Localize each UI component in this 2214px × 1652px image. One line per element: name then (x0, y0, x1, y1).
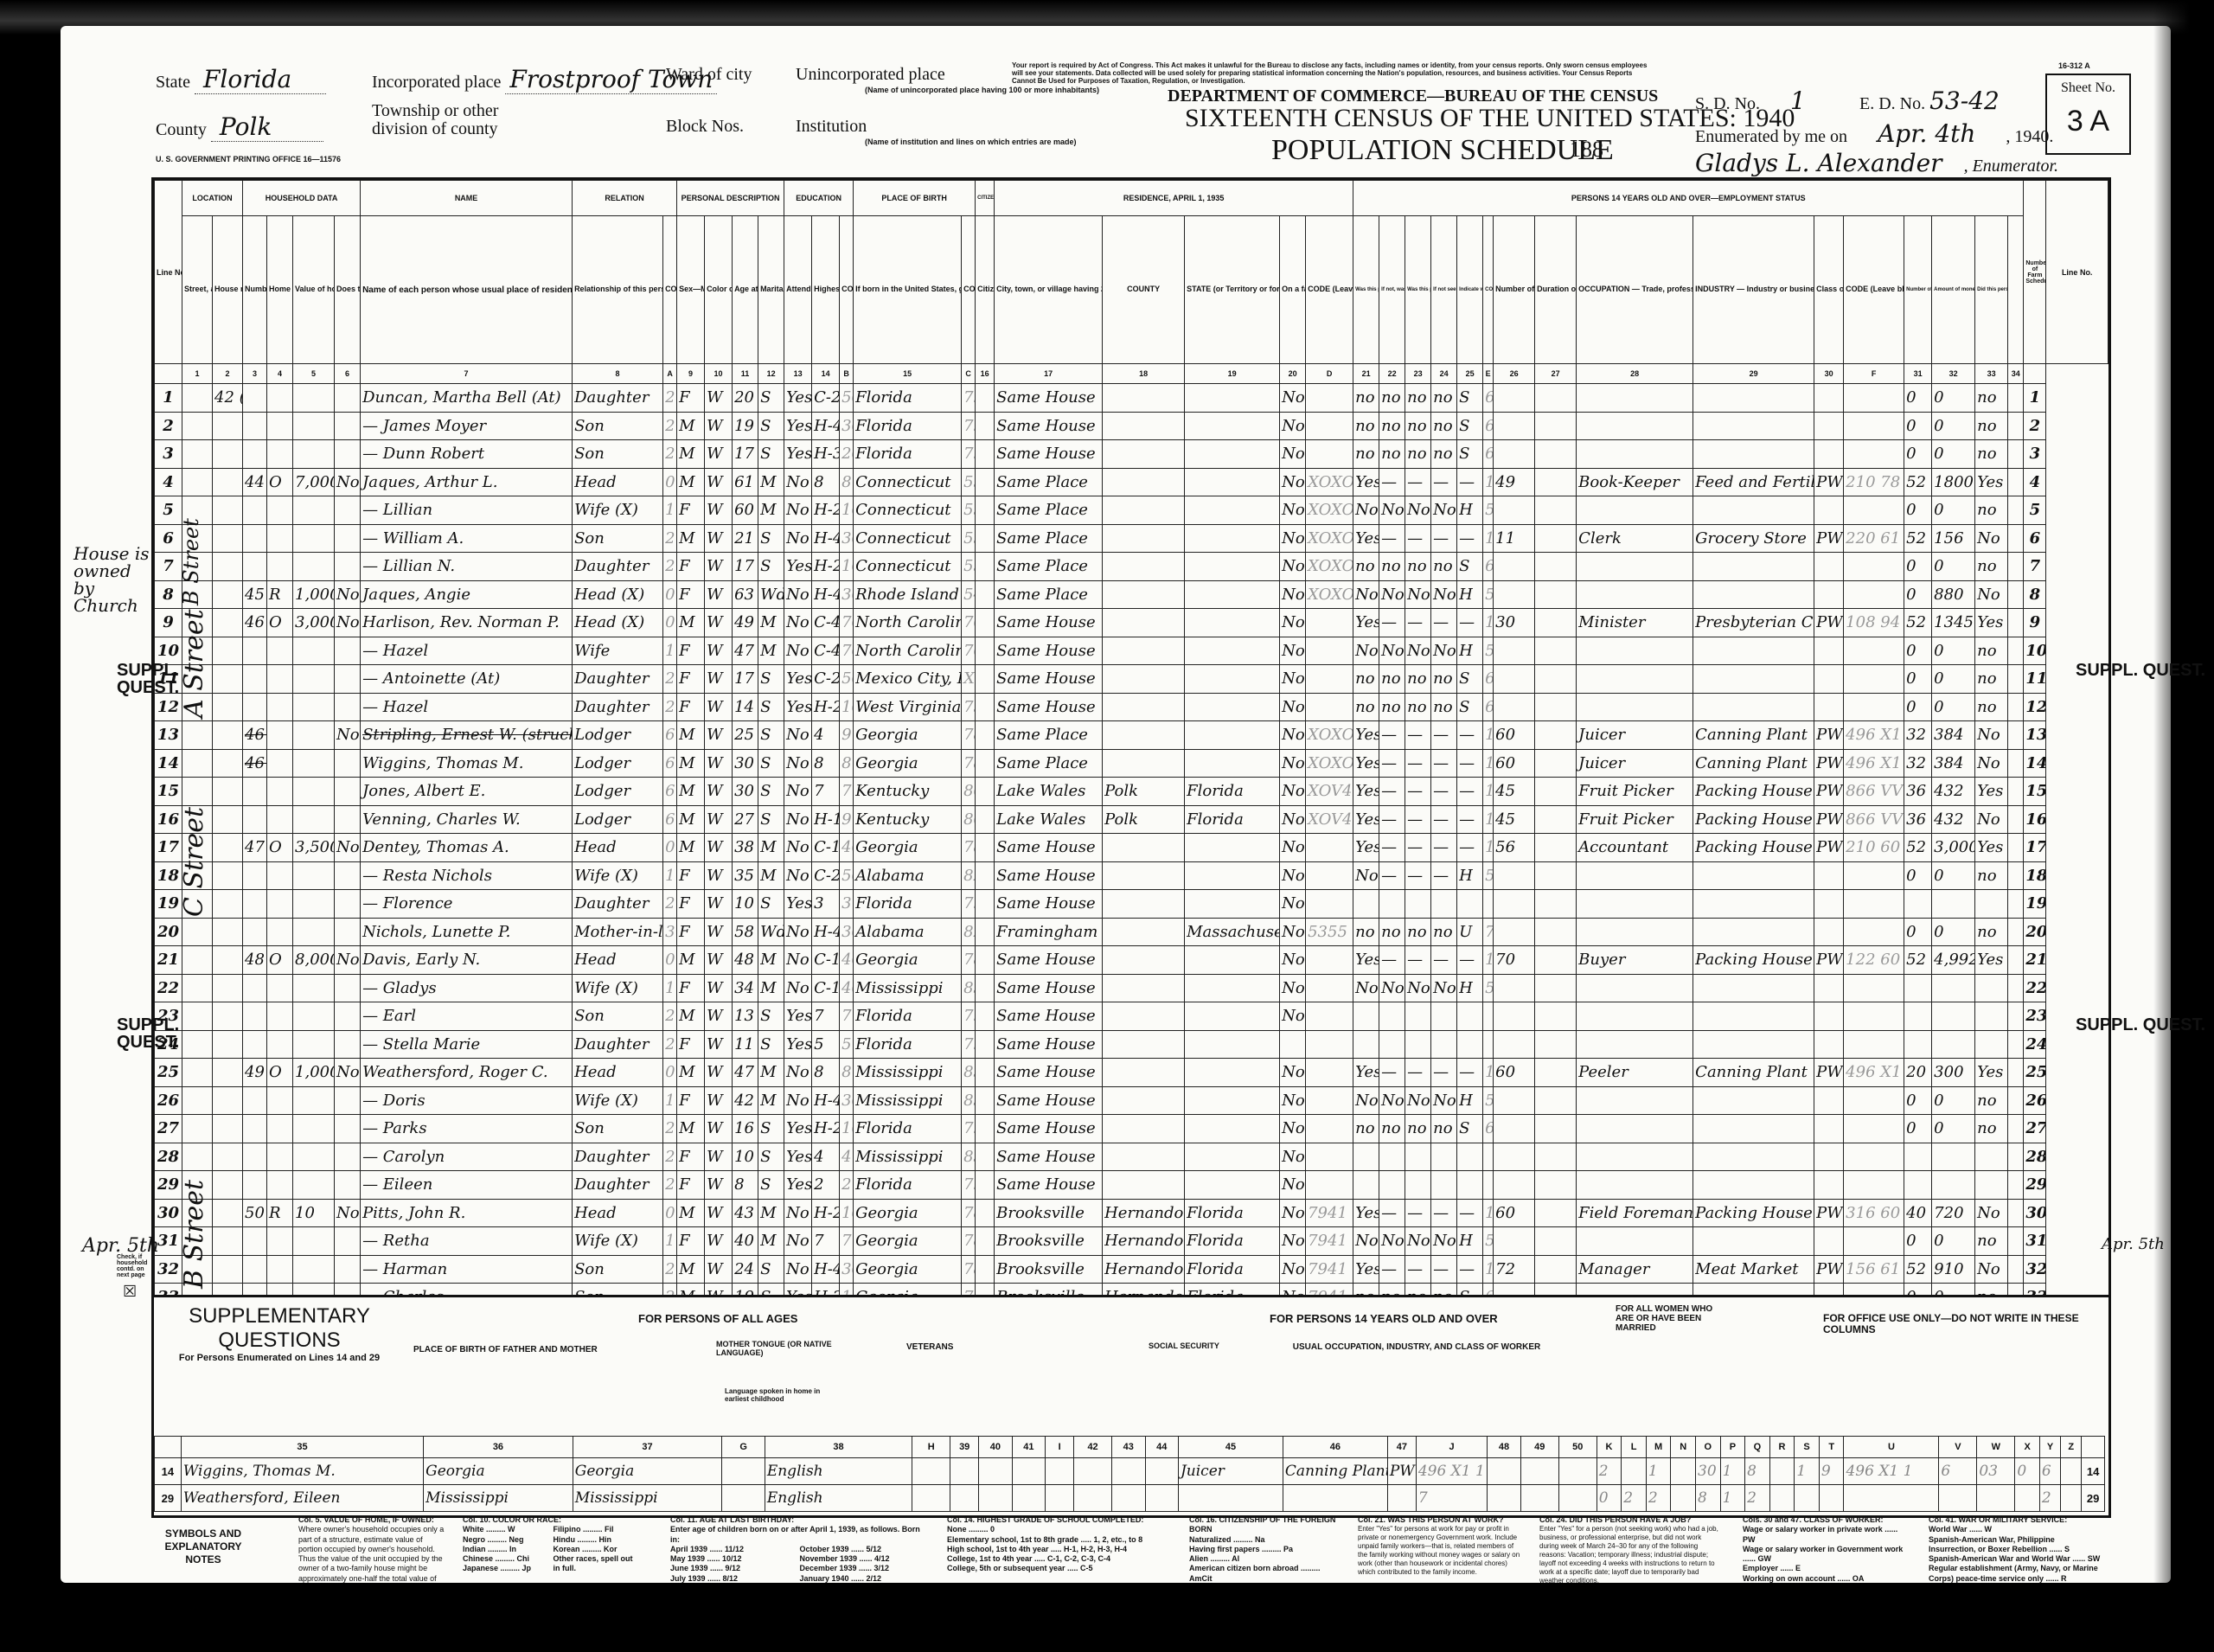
cell-hh (243, 974, 267, 1002)
cell-mar: S (758, 1030, 784, 1059)
cell-wages: 0 (1932, 1086, 1975, 1115)
cell-codeA: 6 (663, 721, 677, 750)
cell-c22: no (1379, 1115, 1405, 1143)
institution-note: (Name of institution and lines on which … (865, 138, 1077, 147)
cell-c27 (1535, 468, 1577, 496)
cell-res-state (1185, 496, 1280, 525)
cell-race: W (705, 609, 733, 637)
cell-street (182, 440, 213, 469)
cell-sex: F (677, 1227, 705, 1256)
cell-cit (976, 1030, 995, 1059)
col30-note: Cols. 30 and 47. CLASS OF WORKER: Wage o… (1743, 1515, 1907, 1593)
cell-cls: PW (1814, 805, 1844, 834)
cell-res-city: Same House (995, 412, 1103, 440)
cell-c21 (1353, 1171, 1379, 1200)
supplementary-column-number: 45 (1178, 1437, 1283, 1458)
cell-cit (976, 665, 995, 694)
cell-mar: S (758, 1143, 784, 1171)
cell-codeE: 1 (1483, 1059, 1494, 1087)
note-item: June 1939 ...... 9/12 (670, 1564, 792, 1573)
cell-cls (1814, 693, 1844, 721)
cell-res-city: Same House (995, 1171, 1103, 1200)
cell-other: Yes (1975, 778, 2008, 806)
cell-res-city: Lake Wales (995, 778, 1103, 806)
cell-line: 27 (2024, 1115, 2046, 1143)
supp-cell-name: Weathersford, Eileen (181, 1485, 423, 1512)
cell-res-city: Same House (995, 693, 1103, 721)
cell-other: Yes (1975, 1059, 2008, 1087)
cell-street (182, 974, 213, 1002)
column-number: 22 (1379, 364, 1405, 384)
cell-codeC: 83 (962, 974, 976, 1002)
cell-res-city: Same House (995, 1030, 1103, 1059)
cell-grade: 4 (812, 721, 840, 750)
cell-school: No (784, 805, 812, 834)
cell-race: W (705, 524, 733, 553)
cell-res-county (1103, 468, 1185, 496)
suppl-quest-29-right: SUPPL. QUEST. (2076, 1016, 2205, 1034)
cell-codeE: 1 (1483, 721, 1494, 750)
cell-codeF: 220 61 1 (1844, 524, 1904, 553)
cell-res-state (1185, 1086, 1280, 1115)
cell-c27 (1535, 974, 1577, 1002)
cell-grade: H-4 (812, 412, 840, 440)
cell-wages: 432 (1932, 778, 1975, 806)
col10-title: Col. 10. COLOR OR RACE: (463, 1515, 636, 1525)
cell-rel: Wife (X) (573, 1227, 663, 1256)
cell-c26: 11 (1494, 524, 1535, 553)
cell-codeC: 78 (962, 1199, 976, 1227)
cell-school: Yes (784, 1171, 812, 1200)
cell-other: Yes (1975, 609, 2008, 637)
cell-birth: Florida (854, 384, 962, 413)
cell-school: Yes (784, 1115, 812, 1143)
cell-house (213, 946, 243, 975)
supplementary-column-number: H (912, 1437, 950, 1458)
col-14-desc: Highest grade of school completed (812, 216, 840, 364)
cell-other: No (1975, 721, 2008, 750)
cell-codeE: 1 (1483, 524, 1494, 553)
col41-note: Col. 41. WAR OR MILITARY SERVICE: World … (1929, 1515, 2102, 1593)
note-item: Elementary school, 1st to 8th grade ....… (947, 1535, 1172, 1545)
cell-c23: — (1405, 1199, 1431, 1227)
note-item: College, 1st to 4th year ..... C-1, C-2,… (947, 1554, 1172, 1564)
cell-res-state (1185, 1059, 1280, 1087)
cell-value (293, 1255, 335, 1284)
cell-line: 14 (2024, 749, 2046, 778)
cell-value (293, 384, 335, 413)
census-row: 29— EileenDaughter2FW8SYes22Florida79Sam… (155, 1171, 2108, 1200)
cell-res-county: Polk (1103, 778, 1185, 806)
cell-line: 8 (155, 580, 182, 609)
cell-c27 (1535, 861, 1577, 890)
cell-line: 29 (2024, 1171, 2046, 1200)
cell-c21 (1353, 1002, 1379, 1031)
cell-codeB: 70 (840, 609, 854, 637)
supplementary-column-number: 41 (1012, 1437, 1045, 1458)
cell-sex: M (677, 1255, 705, 1284)
cell-c21: Yes (1353, 778, 1379, 806)
cell-weeks: 36 (1904, 778, 1932, 806)
cell-res-city: Same House (995, 1143, 1103, 1171)
cell-sex: F (677, 918, 705, 946)
supp-cell-c41 (1012, 1485, 1045, 1512)
census-row: 1446 OWiggins, Thomas M.Lodger6MW30SNo88… (155, 749, 2108, 778)
column-number: 18 (1103, 364, 1185, 384)
cell-hh (243, 1002, 267, 1031)
cell-codeD: 7941 (1306, 1255, 1353, 1284)
cell-res-county: Polk (1103, 805, 1185, 834)
cell-c26: 60 (1494, 1199, 1535, 1227)
supplementary-column-number: J (1416, 1437, 1487, 1458)
cell-codeF: 496 X1 1 (1844, 721, 1904, 750)
cell-c23 (1405, 1002, 1431, 1031)
cell-birth: Alabama (854, 918, 962, 946)
cell-c23: no (1405, 384, 1431, 413)
cell-codeF: 108 94 1 (1844, 609, 1904, 637)
cell-res-state (1185, 580, 1280, 609)
cell-res-farm: No (1280, 468, 1306, 496)
cell-hh (243, 693, 267, 721)
cell-codeA: 0 (663, 468, 677, 496)
cell-codeA: 1 (663, 1227, 677, 1256)
supplementary-column-number: W (1977, 1437, 2015, 1458)
location-group: LOCATION (182, 181, 243, 216)
supplementary-column-number: I (1046, 1437, 1074, 1458)
cell-grade: C-4 (812, 637, 840, 665)
cell-grade: C-4 (812, 609, 840, 637)
cell-race: W (705, 580, 733, 609)
cell-hh (243, 665, 267, 694)
cell-res-state (1185, 861, 1280, 890)
cell-c21: Yes (1353, 609, 1379, 637)
cell-birth: Georgia (854, 834, 962, 862)
cell-codeA: 1 (663, 974, 677, 1002)
cell-c23 (1405, 890, 1431, 919)
cell-line: 16 (2024, 805, 2046, 834)
cell-codeE: 6 (1483, 553, 1494, 581)
col-10-desc: Color or race (705, 216, 733, 364)
cell-birth: Connecticut (854, 468, 962, 496)
cell-other: no (1975, 496, 2008, 525)
cell-codeC: 79 (962, 1115, 976, 1143)
cell-line: 2 (155, 412, 182, 440)
cell-codeC: 78 (962, 749, 976, 778)
cell-codeA: 0 (663, 834, 677, 862)
cell-codeB: 30 (840, 918, 854, 946)
apr5-margin-note-right: Apr. 5th (2102, 1237, 2165, 1252)
cell-c25 (1457, 890, 1483, 919)
cell-res-farm: No (1280, 665, 1306, 694)
supp-cell-Z (2061, 1485, 2082, 1512)
cell-school: No (784, 637, 812, 665)
cell-farm-sched (2008, 749, 2024, 778)
cell-mar: S (758, 890, 784, 919)
cell-codeA: 1 (663, 1086, 677, 1115)
cell-cls: PW (1814, 721, 1844, 750)
cell-house (213, 637, 243, 665)
cell-c22: — (1379, 1255, 1405, 1284)
cell-ind (1693, 637, 1814, 665)
cell-value: 3,000 (293, 609, 335, 637)
cell-weeks: 52 (1904, 609, 1932, 637)
cell-c25 (1457, 1171, 1483, 1200)
col-6-desc: Does this household live on a farm? (Yes… (335, 216, 361, 364)
cell-ind (1693, 440, 1814, 469)
cell-codeE: 1 (1483, 778, 1494, 806)
cell-mar: S (758, 524, 784, 553)
cell-house (213, 721, 243, 750)
cell-res-city: Same Place (995, 749, 1103, 778)
cell-other: no (1975, 440, 2008, 469)
cell-c23: No (1405, 1227, 1431, 1256)
cell-own: O (267, 1059, 293, 1087)
cell-sex: M (677, 1199, 705, 1227)
cell-hh (243, 553, 267, 581)
cell-c21: Yes (1353, 805, 1379, 834)
cell-c26 (1494, 974, 1535, 1002)
cell-c22: no (1379, 384, 1405, 413)
cell-school: No (784, 524, 812, 553)
cell-c24: — (1431, 721, 1457, 750)
cell-race: W (705, 1199, 733, 1227)
cell-codeE: 1 (1483, 805, 1494, 834)
supp-cell-T: 9 (1819, 1458, 1844, 1485)
cell-school: No (784, 1086, 812, 1115)
cell-c24 (1431, 1030, 1457, 1059)
cell-house (213, 1143, 243, 1171)
cell-school: No (784, 974, 812, 1002)
col10-list: White ......... WNegro ......... NegIndi… (463, 1525, 636, 1573)
cell-line: 25 (2024, 1059, 2046, 1087)
cell-c25: H (1457, 637, 1483, 665)
cell-wages: 1345 (1932, 609, 1975, 637)
cell-age: 49 (733, 609, 758, 637)
cell-res-city: Same House (995, 665, 1103, 694)
supplementary-column-number: 35 (181, 1437, 423, 1458)
cell-res-city: Same Place (995, 524, 1103, 553)
cell-cls: PW (1814, 524, 1844, 553)
cell-codeD (1306, 637, 1353, 665)
cell-farm-sched (2008, 946, 2024, 975)
cell-codeC: 83 (962, 1086, 976, 1115)
supp-cell-line: 29 (155, 1485, 182, 1512)
cell-line: 17 (2024, 834, 2046, 862)
cell-cls: PW (1814, 609, 1844, 637)
cell-ind (1693, 861, 1814, 890)
cell-res-city: Same House (995, 440, 1103, 469)
supplementary-column-number: 49 (1520, 1437, 1558, 1458)
cell-sex: M (677, 412, 705, 440)
cell-sex: F (677, 665, 705, 694)
cell-ind: Packing House (1693, 834, 1814, 862)
cell-age: 21 (733, 524, 758, 553)
county-label: County (156, 120, 207, 139)
cell-ind (1693, 974, 1814, 1002)
household-continued-checkbox[interactable]: ☒ (123, 1284, 137, 1300)
cell-farm (335, 1171, 361, 1200)
cell-c26 (1494, 496, 1535, 525)
supp-cell-S (1795, 1485, 1820, 1512)
cell-cit (976, 946, 995, 975)
cell-codeC: 80 (962, 805, 976, 834)
cell-race: W (705, 918, 733, 946)
street-label-b2: B Street (179, 1180, 209, 1289)
cell-birth: Mexico City, D.F. (854, 665, 962, 694)
cell-race: W (705, 637, 733, 665)
cell-value (293, 1002, 335, 1031)
cell-codeC: 78 (962, 1255, 976, 1284)
cell-school: No (784, 1199, 812, 1227)
cell-wages: 0 (1932, 637, 1975, 665)
supp-cell-codeJ: 496 X1 1 (1416, 1458, 1487, 1485)
cell-other: no (1975, 665, 2008, 694)
cell-birth: Georgia (854, 946, 962, 975)
supp-cell-codeJ: 7 (1416, 1485, 1487, 1512)
cell-res-farm: No (1280, 412, 1306, 440)
cell-grade: C-2 (812, 861, 840, 890)
cell-hh: 46 O (243, 749, 267, 778)
cell-c22: no (1379, 693, 1405, 721)
cell-c23: No (1405, 974, 1431, 1002)
cell-sex: M (677, 749, 705, 778)
cell-race: W (705, 1002, 733, 1031)
cell-c22: No (1379, 1227, 1405, 1256)
cell-name: Pitts, John R. (361, 1199, 573, 1227)
cell-c25: — (1457, 805, 1483, 834)
cell-codeD: 7941 (1306, 1227, 1353, 1256)
cell-race: W (705, 553, 733, 581)
cell-sex: F (677, 1171, 705, 1200)
cell-codeD (1306, 1059, 1353, 1087)
cell-grade: 8 (812, 749, 840, 778)
cell-cls: PW (1814, 468, 1844, 496)
cell-res-farm: No (1280, 946, 1306, 975)
cell-race: W (705, 1030, 733, 1059)
cell-res-state (1185, 1115, 1280, 1143)
cell-school: No (784, 721, 812, 750)
supplementary-column-number: U (1844, 1437, 1939, 1458)
cell-c26 (1494, 1227, 1535, 1256)
cell-name: Jones, Albert E. (361, 778, 573, 806)
apr5-margin-note: Apr. 5th (82, 1237, 159, 1256)
supp-cell-c39 (950, 1485, 979, 1512)
cell-cit (976, 1199, 995, 1227)
supp-cell-c48 (1488, 1458, 1520, 1485)
cell-c22 (1379, 1002, 1405, 1031)
cell-farm-sched (2008, 861, 2024, 890)
cell-farm (335, 1030, 361, 1059)
cell-res-county (1103, 384, 1185, 413)
cell-res-farm: No (1280, 1143, 1306, 1171)
sd-field: S. D. No. 1 (1695, 86, 1832, 115)
cell-school: No (784, 496, 812, 525)
cell-c23: No (1405, 637, 1431, 665)
cell-c22: no (1379, 553, 1405, 581)
cell-res-state (1185, 890, 1280, 919)
cell-codeF (1844, 637, 1904, 665)
cell-name: — Eileen (361, 1171, 573, 1200)
cell-codeB: 30 (840, 1255, 854, 1284)
township-label: Township or other division of county (372, 102, 553, 138)
cell-wages: 1800 (1932, 468, 1975, 496)
cell-house (213, 553, 243, 581)
cell-line: 32 (2024, 1255, 2046, 1284)
cell-c21 (1353, 1030, 1379, 1059)
cell-c25: H (1457, 861, 1483, 890)
cell-codeC: 78 (962, 721, 976, 750)
cell-occ (1577, 1115, 1693, 1143)
cell-codeD (1306, 609, 1353, 637)
cell-c22: — (1379, 749, 1405, 778)
cell-line: 13 (2024, 721, 2046, 750)
scan-bottom-edge (0, 1583, 2214, 1652)
cell-house (213, 861, 243, 890)
cell-codeB: 10 (840, 1115, 854, 1143)
cell-codeC: 78 (962, 834, 976, 862)
cell-c25: — (1457, 1059, 1483, 1087)
cell-ind: Grocery Store (1693, 524, 1814, 553)
cell-birth: North Carolina (854, 609, 962, 637)
cell-codeF (1844, 553, 1904, 581)
cell-res-city: Brooksville (995, 1227, 1103, 1256)
cell-codeF (1844, 1030, 1904, 1059)
cell-value (293, 721, 335, 750)
cell-grade: H-2 (812, 693, 840, 721)
cell-rel: Head (573, 1059, 663, 1087)
cell-school: Yes (784, 384, 812, 413)
cell-hh: 44 (243, 468, 267, 496)
col-3-desc: Number of household in order of visitati… (243, 216, 267, 364)
cell-codeF (1844, 974, 1904, 1002)
cell-farm: No (335, 609, 361, 637)
supp-cell-U: 496 X1 1 (1844, 1458, 1939, 1485)
census-row: 6— William A.Son2MW21SNoH-430Connecticut… (155, 524, 2108, 553)
cell-farm (335, 637, 361, 665)
cell-c25: — (1457, 1199, 1483, 1227)
cell-cit (976, 637, 995, 665)
supplementary-column-number: K (1597, 1437, 1622, 1458)
cell-farm (335, 665, 361, 694)
cell-codeF: 210 78 1 (1844, 468, 1904, 496)
cell-res-state (1185, 384, 1280, 413)
cell-farm-sched (2008, 1086, 2024, 1115)
cell-c27 (1535, 890, 1577, 919)
cell-birth: Connecticut (854, 553, 962, 581)
cell-c27 (1535, 946, 1577, 975)
cell-c24: — (1431, 834, 1457, 862)
cell-house (213, 890, 243, 919)
cell-other: no (1975, 693, 2008, 721)
cell-sex: F (677, 553, 705, 581)
cell-house (213, 834, 243, 862)
supp-cell-R (1769, 1485, 1795, 1512)
col-19-desc: STATE (or Territory or foreign country) (1185, 216, 1280, 364)
farm-schedule-header: Number of Farm Schedule (2024, 181, 2046, 364)
cell-grade: 7 (812, 778, 840, 806)
cell-value (293, 749, 335, 778)
cell-c22: — (1379, 524, 1405, 553)
cell-line: 18 (155, 861, 182, 890)
cell-c26: 60 (1494, 721, 1535, 750)
cell-own: R (267, 580, 293, 609)
cell-c22: No (1379, 580, 1405, 609)
cell-c23: No (1405, 580, 1431, 609)
cell-age: 20 (733, 384, 758, 413)
supplementary-rows: 353637G38H394041I424344454647J484950KLMN… (155, 1437, 2105, 1512)
cell-c22: — (1379, 1059, 1405, 1087)
cell-codeE: 5 (1483, 974, 1494, 1002)
